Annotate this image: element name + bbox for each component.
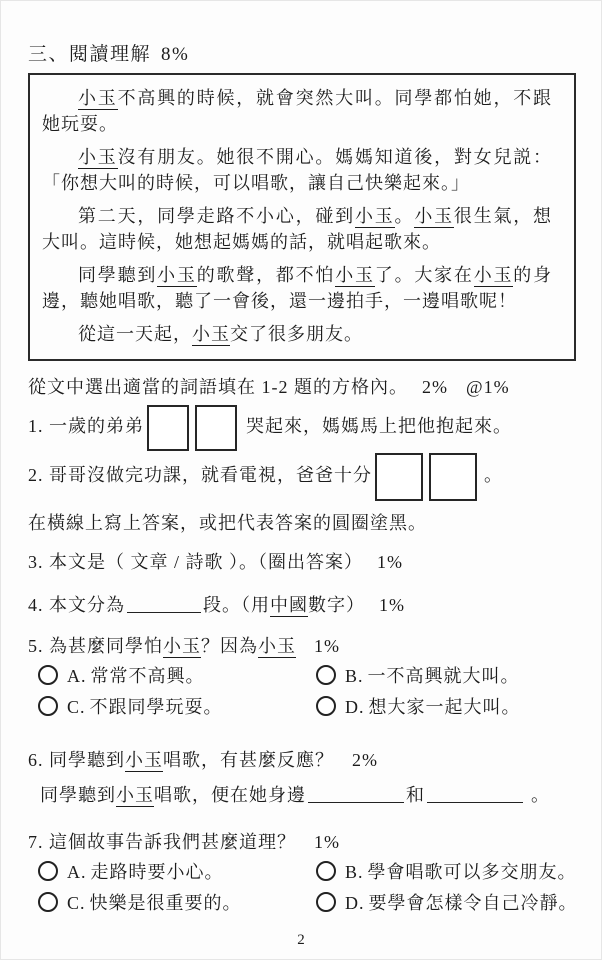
underlined-text: 小玉 bbox=[414, 206, 454, 228]
text-segment: 三、閱讀理解 bbox=[28, 44, 151, 65]
underlined-text: 小玉 bbox=[355, 206, 395, 228]
option-bubble[interactable] bbox=[38, 861, 58, 881]
text-segment: 同學聽到 bbox=[40, 785, 116, 805]
option-label: A. bbox=[67, 666, 87, 686]
text-segment: 2% bbox=[352, 750, 378, 770]
section-title: 三、閱讀理解8% bbox=[28, 42, 576, 68]
text-segment: 唱歌，便在她身邊 bbox=[154, 785, 306, 805]
text-segment: 沒有朋友。她很不開心。媽媽知道後，對女兒説：「你想大叫的時候，可以唱歌，讓自己快… bbox=[42, 147, 552, 193]
option-label: D. bbox=[345, 893, 365, 913]
passage-paragraph: 從這一天起，小玉交了很多朋友。 bbox=[42, 321, 552, 347]
underlined-text: 小玉 bbox=[192, 324, 230, 346]
text-segment: @1% bbox=[466, 377, 510, 397]
question-6-stem: 6. 同學聽到小玉唱歌，有甚麼反應？2% bbox=[28, 747, 576, 773]
text-segment: 同學聽到 bbox=[78, 265, 157, 285]
text-segment: 2. 哥哥沒做完功課，就看電視，爸爸十分 bbox=[28, 465, 372, 485]
option-text: 學會唱歌可以多交朋友。 bbox=[368, 862, 577, 882]
underlined-text: 小玉 bbox=[335, 265, 375, 287]
text-segment: 的歌聲，都不怕 bbox=[197, 265, 335, 285]
text-segment: 1% bbox=[377, 552, 403, 572]
option-bubble[interactable] bbox=[316, 892, 336, 912]
text-segment: 第二天，同學走路不小心，碰到 bbox=[78, 206, 355, 226]
text-segment: 段。（用 bbox=[203, 595, 270, 615]
text-segment: 。 bbox=[395, 206, 415, 226]
option-bubble[interactable] bbox=[316, 861, 336, 881]
option-bubble[interactable] bbox=[38, 892, 58, 912]
text-segment: 數字） bbox=[308, 595, 365, 615]
text-segment: 交了很多朋友。 bbox=[230, 324, 363, 344]
text-segment: 8% bbox=[161, 44, 189, 65]
question-7: 7. 這個故事告訴我們甚麼道理？1% A.走路時要小心。 B.學會唱歌可以多交朋… bbox=[28, 829, 576, 916]
question-5-options: A.常常不高興。 B.一不高興就大叫。 C.不跟同學玩耍。 D.想大家一起大叫。 bbox=[38, 663, 576, 720]
text-segment: 1% bbox=[314, 832, 340, 852]
underlined-text: 小玉 bbox=[163, 636, 201, 658]
underlined-text: 小玉 bbox=[78, 147, 118, 169]
question-6: 6. 同學聽到小玉唱歌，有甚麼反應？2% 同學聽到小玉唱歌，便在她身邊和。 bbox=[28, 747, 576, 808]
question-3: 3. 本文是（ 文章 / 詩歌 ）。（圈出答案）1% bbox=[28, 549, 576, 575]
option-text: 不跟同學玩耍。 bbox=[90, 697, 223, 717]
question-7-stem: 7. 這個故事告訴我們甚麼道理？1% bbox=[28, 829, 576, 855]
answer-box[interactable] bbox=[375, 453, 423, 501]
question-2: 2. 哥哥沒做完功課，就看電視，爸爸十分。 bbox=[28, 453, 576, 501]
underlined-text: 小玉 bbox=[258, 636, 296, 658]
page-number: 2 bbox=[0, 932, 602, 949]
text-segment: 。 bbox=[484, 465, 503, 485]
underlined-text: 小玉 bbox=[78, 88, 118, 110]
option-label: B. bbox=[345, 862, 364, 882]
underlined-text: 小玉 bbox=[474, 265, 514, 287]
written-instruction: 在橫線上寫上答案，或把代表答案的圓圈塗黑。 bbox=[28, 510, 576, 536]
option-a: A.常常不高興。 bbox=[38, 663, 316, 689]
question-7-options: A.走路時要小心。 B.學會唱歌可以多交朋友。 C.快樂是很重要的。 D.要學會… bbox=[38, 859, 576, 916]
option-text: 走路時要小心。 bbox=[91, 862, 224, 882]
fill-instruction: 從文中選出適當的詞語填在 1-2 題的方格內。2%@1% bbox=[28, 374, 576, 400]
text-segment: 和 bbox=[406, 785, 425, 805]
option-bubble[interactable] bbox=[316, 696, 336, 716]
text-segment: 5. 為甚麼同學怕 bbox=[28, 636, 163, 656]
passage-paragraph: 小玉沒有朋友。她很不開心。媽媽知道後，對女兒説：「你想大叫的時候，可以唱歌，讓自… bbox=[42, 144, 552, 196]
reading-passage-box: 小玉不高興的時候，就會突然大叫。同學都怕她，不跟她玩耍。 小玉沒有朋友。她很不開… bbox=[28, 73, 576, 361]
option-label: A. bbox=[67, 862, 87, 882]
text-segment: 1% bbox=[314, 636, 340, 656]
answer-blank[interactable] bbox=[127, 609, 201, 613]
text-segment: ？因為 bbox=[201, 636, 258, 656]
text-segment: 1% bbox=[379, 595, 405, 615]
text-segment: 6. 同學聽到 bbox=[28, 750, 125, 770]
option-a: A.走路時要小心。 bbox=[38, 859, 316, 885]
question-4: 4. 本文分為段。（用中國數字）1% bbox=[28, 592, 576, 618]
option-b: B.一不高興就大叫。 bbox=[316, 663, 576, 689]
question-5: 5. 為甚麼同學怕小玉？因為小玉1% A.常常不高興。 B.一不高興就大叫。 C… bbox=[28, 633, 576, 720]
answer-blank[interactable] bbox=[427, 799, 523, 803]
text-segment: 不高興的時候，就會突然大叫。同學都怕她，不跟她玩耍。 bbox=[42, 88, 552, 134]
underlined-text: 小玉 bbox=[157, 265, 197, 287]
text-segment: 唱歌，有甚麼反應？ bbox=[163, 750, 334, 770]
option-b: B.學會唱歌可以多交朋友。 bbox=[316, 859, 578, 885]
answer-box[interactable] bbox=[429, 453, 477, 501]
option-text: 一不高興就大叫。 bbox=[368, 666, 520, 686]
option-label: C. bbox=[67, 893, 86, 913]
text-segment: 從文中選出適當的詞語填在 1-2 題的方格內。 bbox=[28, 377, 408, 397]
option-c: C.不跟同學玩耍。 bbox=[38, 694, 316, 720]
option-text: 要學會怎樣令自己冷靜。 bbox=[369, 893, 578, 913]
answer-box[interactable] bbox=[195, 405, 237, 451]
text-segment: 4. 本文分為 bbox=[28, 595, 125, 615]
text-segment: 1. 一歲的弟弟 bbox=[28, 416, 144, 436]
option-bubble[interactable] bbox=[316, 665, 336, 685]
text-segment: 哭起來，媽媽馬上把他抱起來。 bbox=[246, 416, 512, 436]
option-text: 想大家一起大叫。 bbox=[369, 697, 521, 717]
option-label: B. bbox=[345, 666, 364, 686]
question-5-stem: 5. 為甚麼同學怕小玉？因為小玉1% bbox=[28, 633, 576, 659]
option-c: C.快樂是很重要的。 bbox=[38, 890, 316, 916]
question-1: 1. 一歲的弟弟哭起來，媽媽馬上把他抱起來。 bbox=[28, 405, 576, 451]
text-segment: 2% bbox=[422, 377, 448, 397]
underlined-text: 小玉 bbox=[116, 785, 154, 807]
text-segment: 了。大家在 bbox=[375, 265, 474, 285]
option-d: D.想大家一起大叫。 bbox=[316, 694, 576, 720]
worksheet-page: 三、閱讀理解8% 小玉不高興的時候，就會突然大叫。同學都怕她，不跟她玩耍。 小玉… bbox=[0, 0, 602, 960]
question-6-answer-line: 同學聽到小玉唱歌，便在她身邊和。 bbox=[40, 782, 576, 808]
option-bubble[interactable] bbox=[38, 665, 58, 685]
passage-paragraph: 第二天，同學走路不小心，碰到小玉。小玉很生氣，想大叫。這時候，她想起媽媽的話，就… bbox=[42, 203, 552, 255]
option-d: D.要學會怎樣令自己冷靜。 bbox=[316, 890, 578, 916]
text-segment: 7. 這個故事告訴我們甚麼道理？ bbox=[28, 832, 296, 852]
option-text: 常常不高興。 bbox=[91, 666, 205, 686]
text-segment: 從這一天起， bbox=[78, 324, 192, 344]
underlined-text: 中國 bbox=[270, 595, 308, 617]
option-text: 快樂是很重要的。 bbox=[90, 893, 242, 913]
option-label: C. bbox=[67, 697, 86, 717]
text-segment: 3. 本文是（ 文章 / 詩歌 ）。（圈出答案） bbox=[28, 552, 363, 572]
text-segment: 。 bbox=[531, 785, 550, 805]
passage-paragraph: 小玉不高興的時候，就會突然大叫。同學都怕她，不跟她玩耍。 bbox=[42, 85, 552, 137]
option-bubble[interactable] bbox=[38, 696, 58, 716]
underlined-text: 小玉 bbox=[125, 750, 163, 772]
option-label: D. bbox=[345, 697, 365, 717]
answer-box[interactable] bbox=[147, 405, 189, 451]
answer-blank[interactable] bbox=[308, 799, 404, 803]
passage-paragraph: 同學聽到小玉的歌聲，都不怕小玉了。大家在小玉的身邊，聽她唱歌，聽了一會後，還一邊… bbox=[42, 262, 552, 314]
